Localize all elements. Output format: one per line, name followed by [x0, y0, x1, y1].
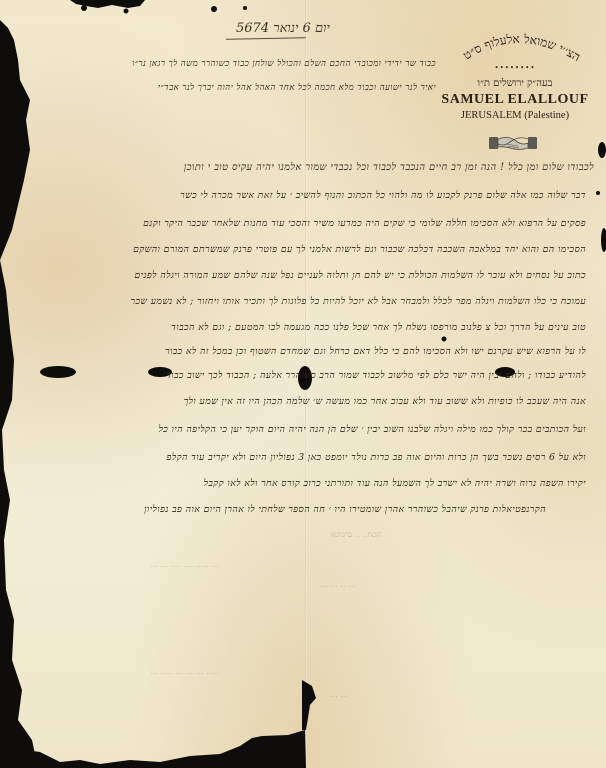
body-line: לו על הרפוא שיש עקרנם ישו ולא הסכימו להם… — [26, 346, 586, 357]
body-line: טוב עינים על הדרך וכל צ פלנוב מורפסו נשל… — [26, 322, 586, 333]
letterhead-city: JERUSALEM (Palestine) — [425, 110, 605, 121]
letterhead: הצ׳׳י שמואל אלעלוף ס״ט •••••••• בעה״ק יר… — [425, 18, 605, 128]
svg-text:הצ׳׳י שמואל אלעלוף ס״ט: הצ׳׳י שמואל אלעלוף ס״ט — [461, 32, 583, 64]
letterhead-name: SAMUEL ELALLOUF — [425, 92, 605, 108]
header-line: כבוד שר ידידי ומכובדי החכם השלם והכולל ש… — [56, 58, 436, 69]
date-year: 5674 — [236, 21, 269, 36]
bleed-through-text: ... .. ... ... — [320, 580, 356, 589]
body-line: להודיע כבודו ; ולהם יבין היה ישר כלם לפי… — [26, 370, 586, 381]
body-line: הקרנפטיאלות פרנק שיהבל כשוהרר אהרן שומטי… — [26, 504, 546, 515]
bleed-through-text: ... ..... .... .... ... ... — [150, 560, 219, 569]
date-day: יום 6 ינואר — [273, 21, 330, 36]
bleed-through-text: ..... ... ... ... ..... ... — [150, 667, 219, 676]
bleed-through-text: אנושים .. ..חמה — [330, 530, 382, 539]
letter-date: יום 6 ינואר 5674 — [228, 20, 330, 36]
letterhead-hebrew-city: בעה״ק ירושלים ת״ו — [425, 78, 605, 89]
body-line: אנה היה שעכב לו כופיות ולא ששוב עוד ולא … — [26, 396, 586, 407]
body-line: לכבודו שלום ומן כלל ! הנה זמן רב חיים הנ… — [34, 162, 594, 173]
body-line: יקירו השפה נרוח ושרה יהיה לא ישרב לך השמ… — [26, 478, 586, 489]
bleed-through-text: ... ... — [330, 690, 348, 699]
fold-crease — [305, 0, 307, 768]
handshake-icon — [488, 132, 538, 154]
body-line: כתוב על נסחים ולא עובר לו השלמות הכוללת … — [26, 270, 586, 281]
letterhead-ornament: •••••••• — [425, 64, 605, 72]
body-line: עמוכח כי כלו השלמות ויגלה מפר לכלל ולמבח… — [26, 296, 586, 307]
body-line: הסכימו הם והוא יחד במלאכה השכבה דכלכה שכ… — [26, 244, 586, 255]
header-line: יאיר לנר ישועה וכבוד מלא חכמה לכל אחד הא… — [56, 82, 436, 93]
body-line: ולא על 6 רסים נשכר בשך הן כרות והיום אוה… — [26, 452, 586, 463]
body-line: ועל הכותבים בכר קולך כמו מילה ויגלה שלבנ… — [26, 424, 586, 435]
body-line: דבר שלוה כמו אלה שלום פרנק לקבוע לו מה ו… — [38, 190, 586, 201]
body-line: פסקים על הרפוא ולא הסכימו חללה שלומי כי … — [26, 218, 586, 229]
